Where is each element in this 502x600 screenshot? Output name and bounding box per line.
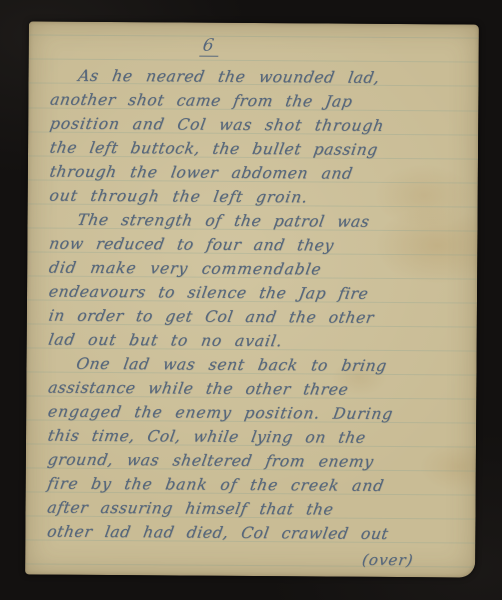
handwriting-line: ground, was sheltered from enemy — [46, 448, 470, 475]
handwriting-line: lad out but to no avail. — [47, 328, 471, 355]
handwriting-line: out through the left groin. — [48, 184, 472, 211]
handwriting-line: after assuring himself that the — [45, 496, 469, 523]
handwriting-lines: As he neared the wounded lad,another sho… — [45, 64, 468, 547]
handwriting-line: fire by the bank of the creek and — [46, 472, 470, 499]
page-number: 6 — [199, 36, 221, 57]
handwriting-line: other lad had died, Col crawled out — [45, 520, 469, 547]
handwriting-line: endeavours to silence the Jap fire — [47, 280, 471, 307]
handwriting-line: engaged the enemy position. During — [46, 400, 470, 427]
handwriting-line: another shot came from the Jap — [48, 88, 472, 115]
handwriting-line: did make very commendable — [47, 256, 471, 283]
handwriting-line: As he neared the wounded lad, — [48, 64, 472, 91]
handwriting-line: The strength of the patrol was — [47, 208, 471, 235]
handwriting-line: this time, Col, while lying on the — [46, 424, 470, 451]
handwriting-line: One lad was sent back to bring — [46, 352, 470, 379]
handwriting-line: now reduced to four and they — [47, 232, 471, 259]
document-page: 6 As he neared the wounded lad,another s… — [25, 21, 479, 577]
handwriting-line: position and Col was shot through — [48, 112, 472, 139]
footer-note: (over) — [361, 551, 415, 569]
handwriting-line: the left buttock, the bullet passing — [48, 136, 472, 163]
handwriting-line: through the lower abdomen and — [48, 160, 472, 187]
handwriting-line: assistance while the other three — [46, 376, 470, 403]
handwriting-line: in order to get Col and the other — [47, 304, 471, 331]
